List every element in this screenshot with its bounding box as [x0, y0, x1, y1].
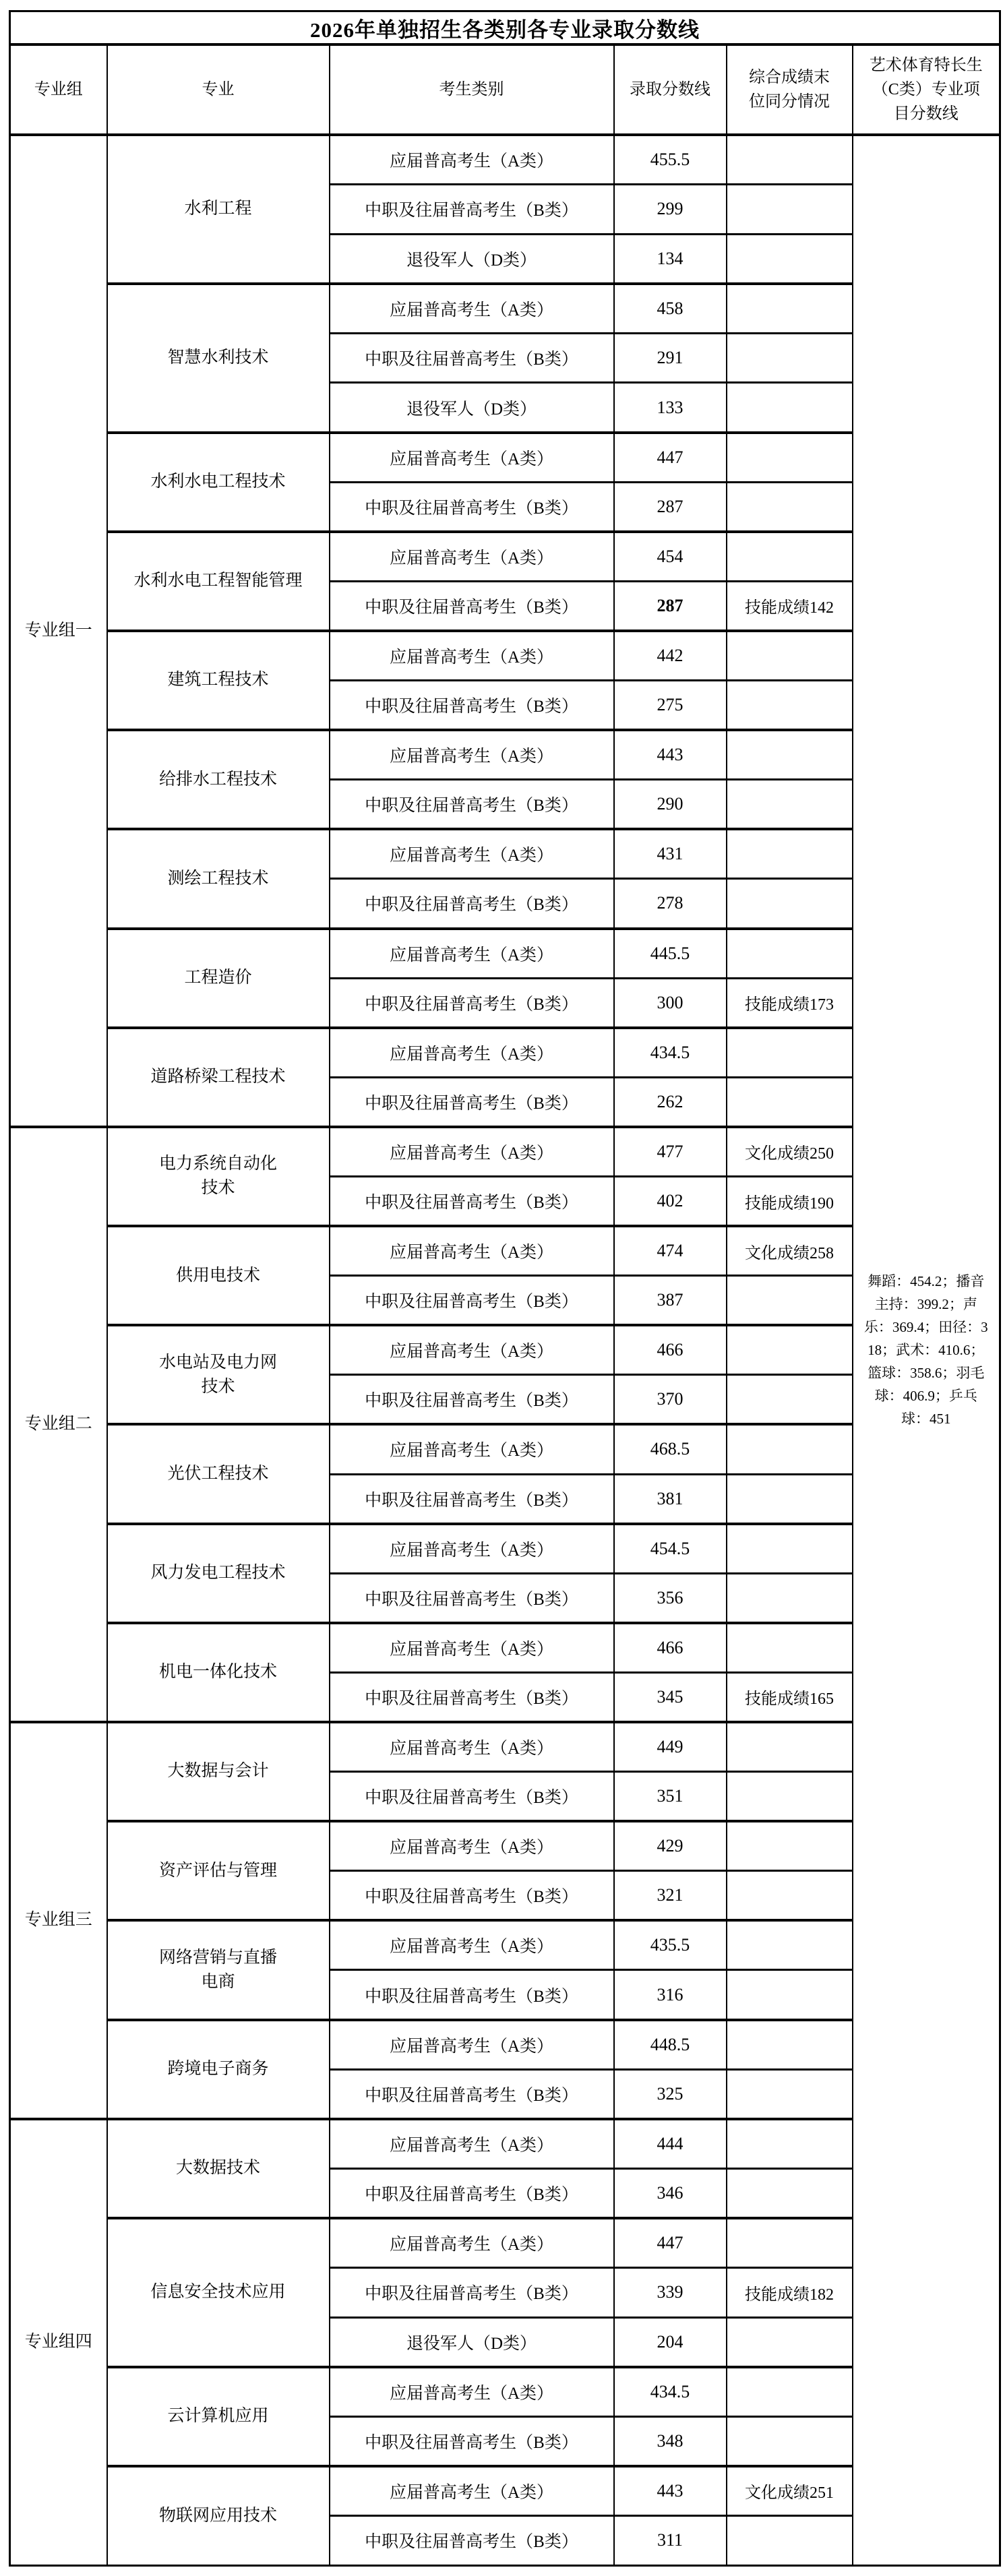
tie-note-cell	[727, 2119, 853, 2169]
candidate-category-cell: 应届普高考生（A类）	[330, 2466, 614, 2516]
tie-note-cell	[727, 879, 853, 929]
admission-score-cell: 466	[614, 1623, 727, 1673]
tie-note-cell	[727, 780, 853, 830]
tie-note-cell	[727, 829, 853, 879]
candidate-category-cell: 应届普高考生（A类）	[330, 2119, 614, 2169]
major-name-cell: 测绘工程技术	[107, 829, 330, 928]
major-name-cell: 水利工程	[107, 135, 330, 284]
admission-score-cell: 134	[614, 234, 727, 284]
major-name-cell: 水利水电工程智能管理	[107, 532, 330, 631]
tie-note-cell	[727, 1524, 853, 1574]
tie-note-cell	[727, 631, 853, 681]
candidate-category-cell: 中职及往届普高考生（B类）	[330, 1474, 614, 1524]
tie-note-cell	[727, 2516, 853, 2566]
score-row: 物联网应用技术应届普高考生（A类）443文化成绩251	[10, 2466, 1000, 2516]
candidate-category-cell: 中职及往届普高考生（B类）	[330, 1970, 614, 2020]
candidate-category-cell: 应届普高考生（A类）	[330, 532, 614, 582]
admission-score-cell: 442	[614, 631, 727, 681]
tie-note-cell	[727, 2020, 853, 2070]
table-title-row: 2026年单独招生各类别各专业录取分数线	[10, 11, 1000, 45]
admission-score-cell: 477	[614, 1127, 727, 1177]
major-name-cell: 网络营销与直播 电商	[107, 1920, 330, 2019]
admission-score-cell: 316	[614, 1970, 727, 2020]
major-name-cell: 跨境电子商务	[107, 2020, 330, 2119]
candidate-category-cell: 应届普高考生（A类）	[330, 929, 614, 979]
major-name-cell: 大数据技术	[107, 2119, 330, 2218]
major-name-cell: 资产评估与管理	[107, 1821, 330, 1920]
admission-score-cell: 454.5	[614, 1524, 727, 1574]
candidate-category-cell: 应届普高考生（A类）	[330, 730, 614, 780]
score-row: 跨境电子商务应届普高考生（A类）448.5	[10, 2020, 1000, 2070]
candidate-category-cell: 中职及往届普高考生（B类）	[330, 1077, 614, 1127]
tie-note-cell	[727, 1424, 853, 1474]
tie-note-cell	[727, 1623, 853, 1673]
major-name-cell: 大数据与会计	[107, 1722, 330, 1821]
tie-note-cell	[727, 929, 853, 979]
major-name-cell: 云计算机应用	[107, 2367, 330, 2466]
admission-score-cell: 311	[614, 2516, 727, 2566]
major-name-cell: 机电一体化技术	[107, 1623, 330, 1722]
candidate-category-cell: 应届普高考生（A类）	[330, 1226, 614, 1276]
score-row: 水电站及电力网 技术应届普高考生（A类）466	[10, 1325, 1000, 1375]
admission-score-cell: 133	[614, 383, 727, 433]
admission-scores-table: 2026年单独招生各类别各专业录取分数线 专业组 专业 考生类别 录取分数线 综…	[9, 10, 1001, 2567]
tie-note-cell	[727, 730, 853, 780]
admission-score-cell: 474	[614, 1226, 727, 1276]
score-row: 智慧水利技术应届普高考生（A类）458	[10, 284, 1000, 334]
candidate-category-cell: 中职及往届普高考生（B类）	[330, 1672, 614, 1722]
major-name-cell: 光伏工程技术	[107, 1424, 330, 1523]
header-c-class-scores: 艺术体育特长生 （C类）专业项 目分数线	[853, 44, 1000, 135]
score-row: 道路桥梁工程技术应届普高考生（A类）434.5	[10, 1028, 1000, 1078]
major-group-cell: 专业组三	[10, 1722, 107, 2119]
header-major: 专业	[107, 44, 330, 135]
major-group-cell: 专业组二	[10, 1127, 107, 1722]
candidate-category-cell: 应届普高考生（A类）	[330, 284, 614, 334]
score-row: 供用电技术应届普高考生（A类）474文化成绩258	[10, 1226, 1000, 1276]
candidate-category-cell: 中职及往届普高考生（B类）	[330, 879, 614, 929]
score-row: 建筑工程技术应届普高考生（A类）442	[10, 631, 1000, 681]
major-name-cell: 电力系统自动化 技术	[107, 1127, 330, 1226]
admission-score-cell: 291	[614, 333, 727, 383]
major-group-cell: 专业组四	[10, 2119, 107, 2565]
candidate-category-cell: 应届普高考生（A类）	[330, 135, 614, 185]
score-row: 专业组四大数据技术应届普高考生（A类）444	[10, 2119, 1000, 2169]
table-header-row: 专业组 专业 考生类别 录取分数线 综合成绩末 位同分情况 艺术体育特长生 （C…	[10, 44, 1000, 135]
header-admission-score: 录取分数线	[614, 44, 727, 135]
header-tie-situation: 综合成绩末 位同分情况	[727, 44, 853, 135]
admission-score-cell: 449	[614, 1722, 727, 1772]
candidate-category-cell: 中职及往届普高考生（B类）	[330, 581, 614, 631]
score-row: 机电一体化技术应届普高考生（A类）466	[10, 1623, 1000, 1673]
admission-score-cell: 370	[614, 1375, 727, 1425]
tie-note-cell	[727, 532, 853, 582]
admission-score-cell: 448.5	[614, 2020, 727, 2070]
header-candidate-category: 考生类别	[330, 44, 614, 135]
candidate-category-cell: 应届普高考生（A类）	[330, 1028, 614, 1078]
candidate-category-cell: 应届普高考生（A类）	[330, 2020, 614, 2070]
admission-score-cell: 275	[614, 681, 727, 731]
candidate-category-cell: 中职及往届普高考生（B类）	[330, 978, 614, 1028]
candidate-category-cell: 应届普高考生（A类）	[330, 433, 614, 483]
candidate-category-cell: 应届普高考生（A类）	[330, 829, 614, 879]
candidate-category-cell: 中职及往届普高考生（B类）	[330, 1276, 614, 1326]
tie-note-cell	[727, 1077, 853, 1127]
candidate-category-cell: 中职及往届普高考生（B类）	[330, 2268, 614, 2318]
tie-note-cell	[727, 1821, 853, 1871]
admission-score-cell: 445.5	[614, 929, 727, 979]
tie-note-cell	[727, 1474, 853, 1524]
candidate-category-cell: 应届普高考生（A类）	[330, 2367, 614, 2417]
score-row: 网络营销与直播 电商应届普高考生（A类）435.5	[10, 1920, 1000, 1970]
admission-score-cell: 356	[614, 1573, 727, 1623]
tie-note-cell	[727, 185, 853, 235]
candidate-category-cell: 退役军人（D类）	[330, 2317, 614, 2367]
admission-score-cell: 458	[614, 284, 727, 334]
major-name-cell: 建筑工程技术	[107, 631, 330, 730]
candidate-category-cell: 中职及往届普高考生（B类）	[330, 1176, 614, 1226]
candidate-category-cell: 中职及往届普高考生（B类）	[330, 681, 614, 731]
tie-note-cell: 技能成绩165	[727, 1672, 853, 1722]
major-name-cell: 水电站及电力网 技术	[107, 1325, 330, 1424]
candidate-category-cell: 应届普高考生（A类）	[330, 1524, 614, 1574]
candidate-category-cell: 中职及往届普高考生（B类）	[330, 2168, 614, 2218]
admission-score-cell: 429	[614, 1821, 727, 1871]
tie-note-cell	[727, 2367, 853, 2417]
candidate-category-cell: 中职及往届普高考生（B类）	[330, 2416, 614, 2466]
admission-score-cell: 262	[614, 1077, 727, 1127]
admission-score-cell: 466	[614, 1325, 727, 1375]
candidate-category-cell: 应届普高考生（A类）	[330, 1127, 614, 1177]
admission-score-cell: 287	[614, 581, 727, 631]
tie-note-cell	[727, 284, 853, 334]
candidate-category-cell: 退役军人（D类）	[330, 234, 614, 284]
candidate-category-cell: 中职及往届普高考生（B类）	[330, 333, 614, 383]
tie-note-cell	[727, 1325, 853, 1375]
candidate-category-cell: 中职及往届普高考生（B类）	[330, 1375, 614, 1425]
tie-note-cell	[727, 1375, 853, 1425]
tie-note-cell	[727, 333, 853, 383]
tie-note-cell: 文化成绩258	[727, 1226, 853, 1276]
tie-note-cell	[727, 433, 853, 483]
admission-score-cell: 345	[614, 1672, 727, 1722]
tie-note-cell	[727, 1028, 853, 1078]
candidate-category-cell: 应届普高考生（A类）	[330, 1722, 614, 1772]
tie-note-cell: 技能成绩173	[727, 978, 853, 1028]
admission-score-cell: 321	[614, 1871, 727, 1921]
tie-note-cell	[727, 1920, 853, 1970]
header-major-group: 专业组	[10, 44, 107, 135]
score-row: 光伏工程技术应届普高考生（A类）468.5	[10, 1424, 1000, 1474]
major-name-cell: 给排水工程技术	[107, 730, 330, 829]
tie-note-cell: 技能成绩182	[727, 2268, 853, 2318]
candidate-category-cell: 退役军人（D类）	[330, 383, 614, 433]
admission-score-cell: 325	[614, 2069, 727, 2119]
admission-score-cell: 278	[614, 879, 727, 929]
admission-score-cell: 454	[614, 532, 727, 582]
admission-score-cell: 468.5	[614, 1424, 727, 1474]
table-body: 2026年单独招生各类别各专业录取分数线 专业组 专业 考生类别 录取分数线 综…	[10, 11, 1000, 2566]
major-name-cell: 供用电技术	[107, 1226, 330, 1325]
admission-score-cell: 299	[614, 185, 727, 235]
score-row: 水利水电工程技术应届普高考生（A类）447	[10, 433, 1000, 483]
tie-note-cell: 文化成绩251	[727, 2466, 853, 2516]
admission-score-cell: 351	[614, 1772, 727, 1822]
admission-score-cell: 443	[614, 730, 727, 780]
tie-note-cell	[727, 383, 853, 433]
page-title: 2026年单独招生各类别各专业录取分数线	[10, 11, 1000, 45]
admission-score-cell: 434.5	[614, 2367, 727, 2417]
score-row: 给排水工程技术应届普高考生（A类）443	[10, 730, 1000, 780]
admission-score-cell: 434.5	[614, 1028, 727, 1078]
tie-note-cell	[727, 482, 853, 532]
major-name-cell: 智慧水利技术	[107, 284, 330, 433]
major-name-cell: 风力发电工程技术	[107, 1524, 330, 1623]
admission-score-cell: 402	[614, 1176, 727, 1226]
admission-score-cell: 381	[614, 1474, 727, 1524]
candidate-category-cell: 应届普高考生（A类）	[330, 1821, 614, 1871]
admission-score-cell: 290	[614, 780, 727, 830]
score-row: 专业组三大数据与会计应届普高考生（A类）449	[10, 1722, 1000, 1772]
score-row: 专业组一水利工程应届普高考生（A类）455.5舞蹈：454.2；播音主持：399…	[10, 135, 1000, 185]
tie-note-cell	[727, 2416, 853, 2466]
tie-note-cell	[727, 1970, 853, 2020]
major-name-cell: 水利水电工程技术	[107, 433, 330, 532]
candidate-category-cell: 中职及往届普高考生（B类）	[330, 482, 614, 532]
candidate-category-cell: 应届普高考生（A类）	[330, 631, 614, 681]
tie-note-cell	[727, 2168, 853, 2218]
admission-score-cell: 443	[614, 2466, 727, 2516]
candidate-category-cell: 中职及往届普高考生（B类）	[330, 1871, 614, 1921]
c-class-scores-cell: 舞蹈：454.2；播音主持：399.2；声乐：369.4；田径：318；武术：4…	[853, 135, 1000, 2565]
candidate-category-cell: 应届普高考生（A类）	[330, 2218, 614, 2268]
score-row: 风力发电工程技术应届普高考生（A类）454.5	[10, 1524, 1000, 1574]
admission-score-cell: 435.5	[614, 1920, 727, 1970]
major-group-cell: 专业组一	[10, 135, 107, 1127]
candidate-category-cell: 应届普高考生（A类）	[330, 1623, 614, 1673]
admission-score-cell: 447	[614, 433, 727, 483]
score-row: 云计算机应用应届普高考生（A类）434.5	[10, 2367, 1000, 2417]
major-name-cell: 信息安全技术应用	[107, 2218, 330, 2367]
admission-score-cell: 431	[614, 829, 727, 879]
admission-score-cell: 387	[614, 1276, 727, 1326]
admission-score-cell: 287	[614, 482, 727, 532]
admission-score-cell: 447	[614, 2218, 727, 2268]
tie-note-cell: 技能成绩190	[727, 1176, 853, 1226]
candidate-category-cell: 中职及往届普高考生（B类）	[330, 2069, 614, 2119]
score-row: 水利水电工程智能管理应届普高考生（A类）454	[10, 532, 1000, 582]
major-name-cell: 道路桥梁工程技术	[107, 1028, 330, 1127]
tie-note-cell	[727, 2218, 853, 2268]
candidate-category-cell: 中职及往届普高考生（B类）	[330, 1772, 614, 1822]
tie-note-cell: 文化成绩250	[727, 1127, 853, 1177]
tie-note-cell: 技能成绩142	[727, 581, 853, 631]
tie-note-cell	[727, 2317, 853, 2367]
candidate-category-cell: 中职及往届普高考生（B类）	[330, 185, 614, 235]
tie-note-cell	[727, 1871, 853, 1921]
admission-score-cell: 346	[614, 2168, 727, 2218]
tie-note-cell	[727, 234, 853, 284]
admission-score-cell: 348	[614, 2416, 727, 2466]
tie-note-cell	[727, 1722, 853, 1772]
admission-score-cell: 339	[614, 2268, 727, 2318]
major-name-cell: 物联网应用技术	[107, 2466, 330, 2565]
candidate-category-cell: 应届普高考生（A类）	[330, 1424, 614, 1474]
major-name-cell: 工程造价	[107, 929, 330, 1028]
tie-note-cell	[727, 1573, 853, 1623]
admission-score-cell: 204	[614, 2317, 727, 2367]
page: 2026年单独招生各类别各专业录取分数线 专业组 专业 考生类别 录取分数线 综…	[0, 0, 1003, 2576]
score-row: 信息安全技术应用应届普高考生（A类）447	[10, 2218, 1000, 2268]
tie-note-cell	[727, 2069, 853, 2119]
admission-score-cell: 300	[614, 978, 727, 1028]
score-row: 工程造价应届普高考生（A类）445.5	[10, 929, 1000, 979]
tie-note-cell	[727, 681, 853, 731]
tie-note-cell	[727, 135, 853, 185]
score-row: 资产评估与管理应届普高考生（A类）429	[10, 1821, 1000, 1871]
tie-note-cell	[727, 1772, 853, 1822]
candidate-category-cell: 应届普高考生（A类）	[330, 1920, 614, 1970]
score-row: 专业组二电力系统自动化 技术应届普高考生（A类）477文化成绩250	[10, 1127, 1000, 1177]
admission-score-cell: 455.5	[614, 135, 727, 185]
candidate-category-cell: 中职及往届普高考生（B类）	[330, 2516, 614, 2566]
candidate-category-cell: 中职及往届普高考生（B类）	[330, 780, 614, 830]
score-row: 测绘工程技术应届普高考生（A类）431	[10, 829, 1000, 879]
tie-note-cell	[727, 1276, 853, 1326]
admission-score-cell: 444	[614, 2119, 727, 2169]
candidate-category-cell: 中职及往届普高考生（B类）	[330, 1573, 614, 1623]
candidate-category-cell: 应届普高考生（A类）	[330, 1325, 614, 1375]
